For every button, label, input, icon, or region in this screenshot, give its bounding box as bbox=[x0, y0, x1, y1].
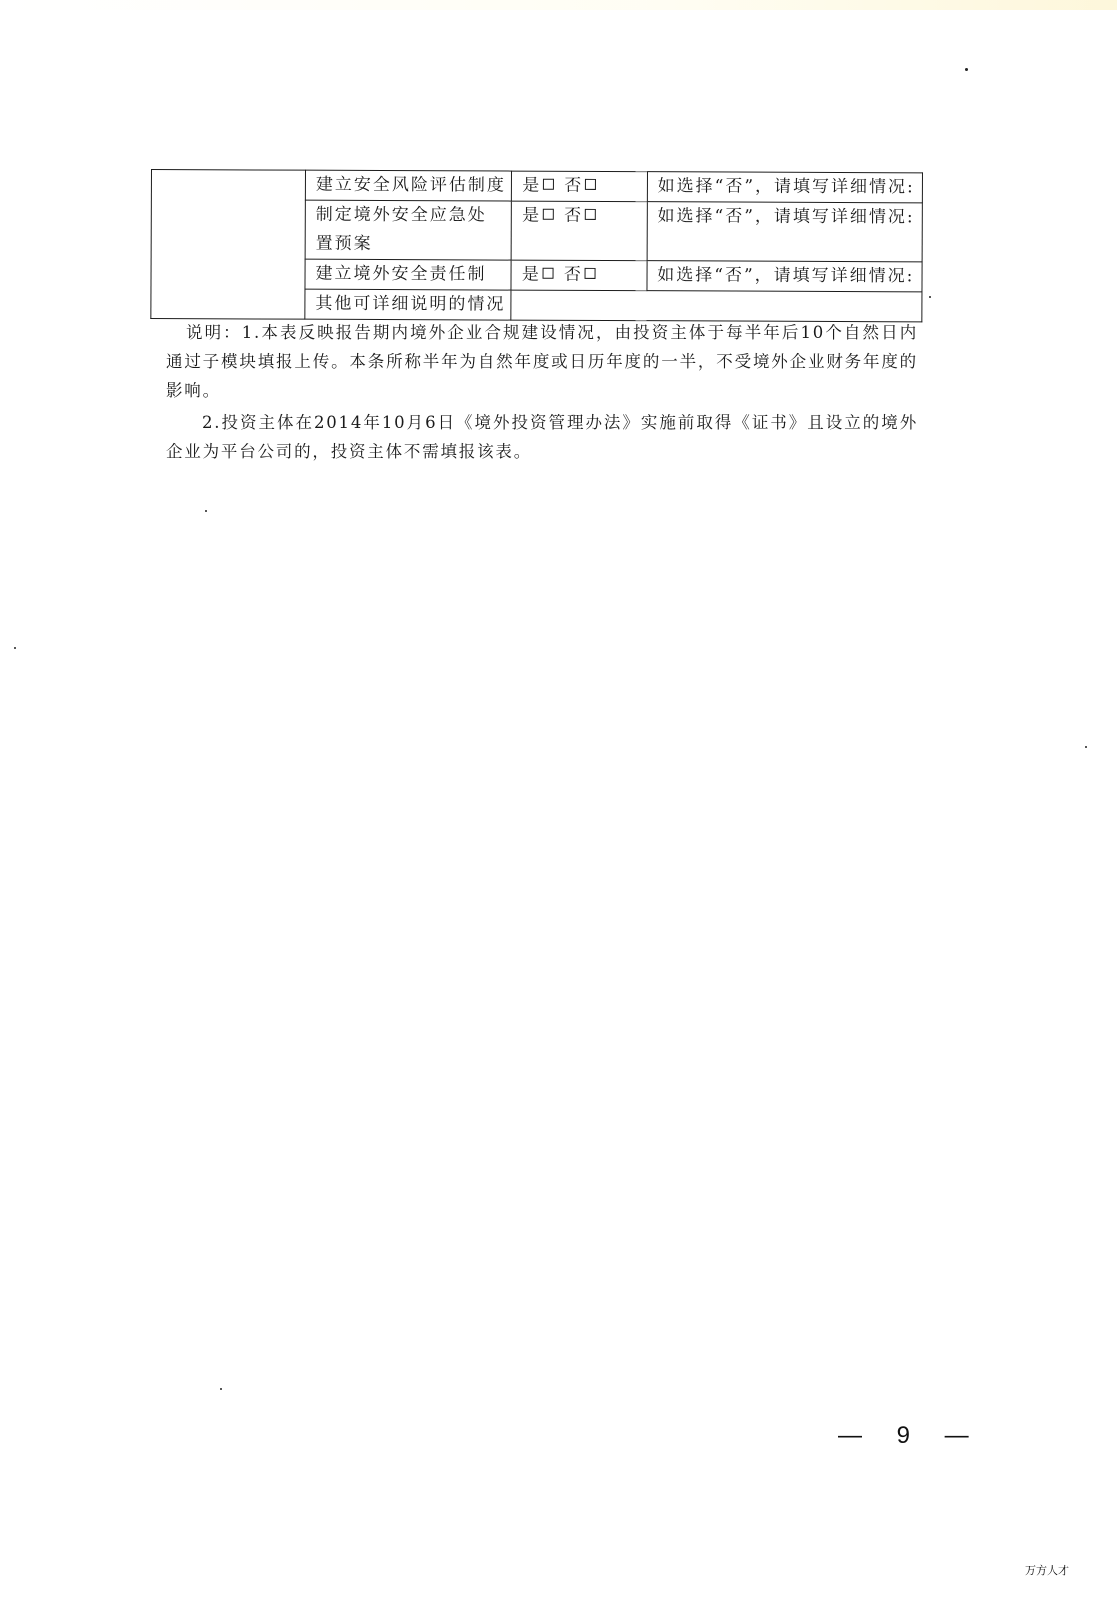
page-number: — 9 — bbox=[838, 1422, 983, 1450]
scan-speck bbox=[220, 1388, 222, 1390]
item-cell: 其他可详细说明的情况 bbox=[305, 289, 512, 320]
choice-cell: 是否 bbox=[511, 201, 647, 261]
item-cell: 制定境外安全应急处置预案 bbox=[305, 200, 512, 260]
scan-edge-tint bbox=[0, 0, 1117, 10]
yes-checkbox[interactable] bbox=[543, 268, 554, 279]
no-checkbox[interactable] bbox=[585, 268, 596, 279]
yes-label: 是 bbox=[522, 265, 541, 285]
scan-speck bbox=[1085, 746, 1087, 748]
compliance-form-table: 建立安全风险评估制度 是否 如选择“否”，请填写详细情况: 制定境外安全应急处置… bbox=[150, 169, 923, 322]
yes-label: 是 bbox=[522, 206, 541, 226]
table-row: 建立安全风险评估制度 是否 如选择“否”，请填写详细情况: bbox=[151, 170, 922, 203]
scan-speck bbox=[205, 510, 207, 512]
detail-cell: 如选择“否”，请填写详细情况: bbox=[647, 261, 922, 292]
notes-section: 说明：1.本表反映报告期内境外企业合规建设情况，由投资主体于每半年后10个自然日… bbox=[166, 318, 918, 466]
choice-cell: 是否 bbox=[512, 171, 648, 202]
scan-speck bbox=[965, 68, 968, 71]
yes-checkbox[interactable] bbox=[543, 209, 554, 220]
watermark-label: 万方人才 bbox=[1025, 1562, 1069, 1578]
choice-cell: 是否 bbox=[511, 260, 647, 291]
scan-speck bbox=[929, 296, 931, 298]
no-checkbox[interactable] bbox=[585, 179, 596, 190]
item-cell: 建立境外安全责任制 bbox=[305, 259, 512, 290]
no-label: 否 bbox=[564, 206, 583, 226]
note-2: 2.投资主体在2014年10月6日《境外投资管理办法》实施前取得《证书》且设立的… bbox=[166, 408, 918, 466]
no-checkbox[interactable] bbox=[585, 209, 596, 220]
scan-speck bbox=[14, 647, 16, 649]
note-1: 说明：1.本表反映报告期内境外企业合规建设情况，由投资主体于每半年后10个自然日… bbox=[166, 318, 918, 405]
no-label: 否 bbox=[564, 265, 583, 285]
detail-cell: 如选择“否”，请填写详细情况: bbox=[647, 202, 922, 262]
yes-checkbox[interactable] bbox=[543, 179, 554, 190]
yes-label: 是 bbox=[522, 176, 541, 196]
detail-cell: 如选择“否”，请填写详细情况: bbox=[647, 172, 922, 203]
category-cell-blank bbox=[151, 170, 306, 320]
no-label: 否 bbox=[564, 176, 583, 196]
item-cell: 建立安全风险评估制度 bbox=[305, 170, 512, 201]
